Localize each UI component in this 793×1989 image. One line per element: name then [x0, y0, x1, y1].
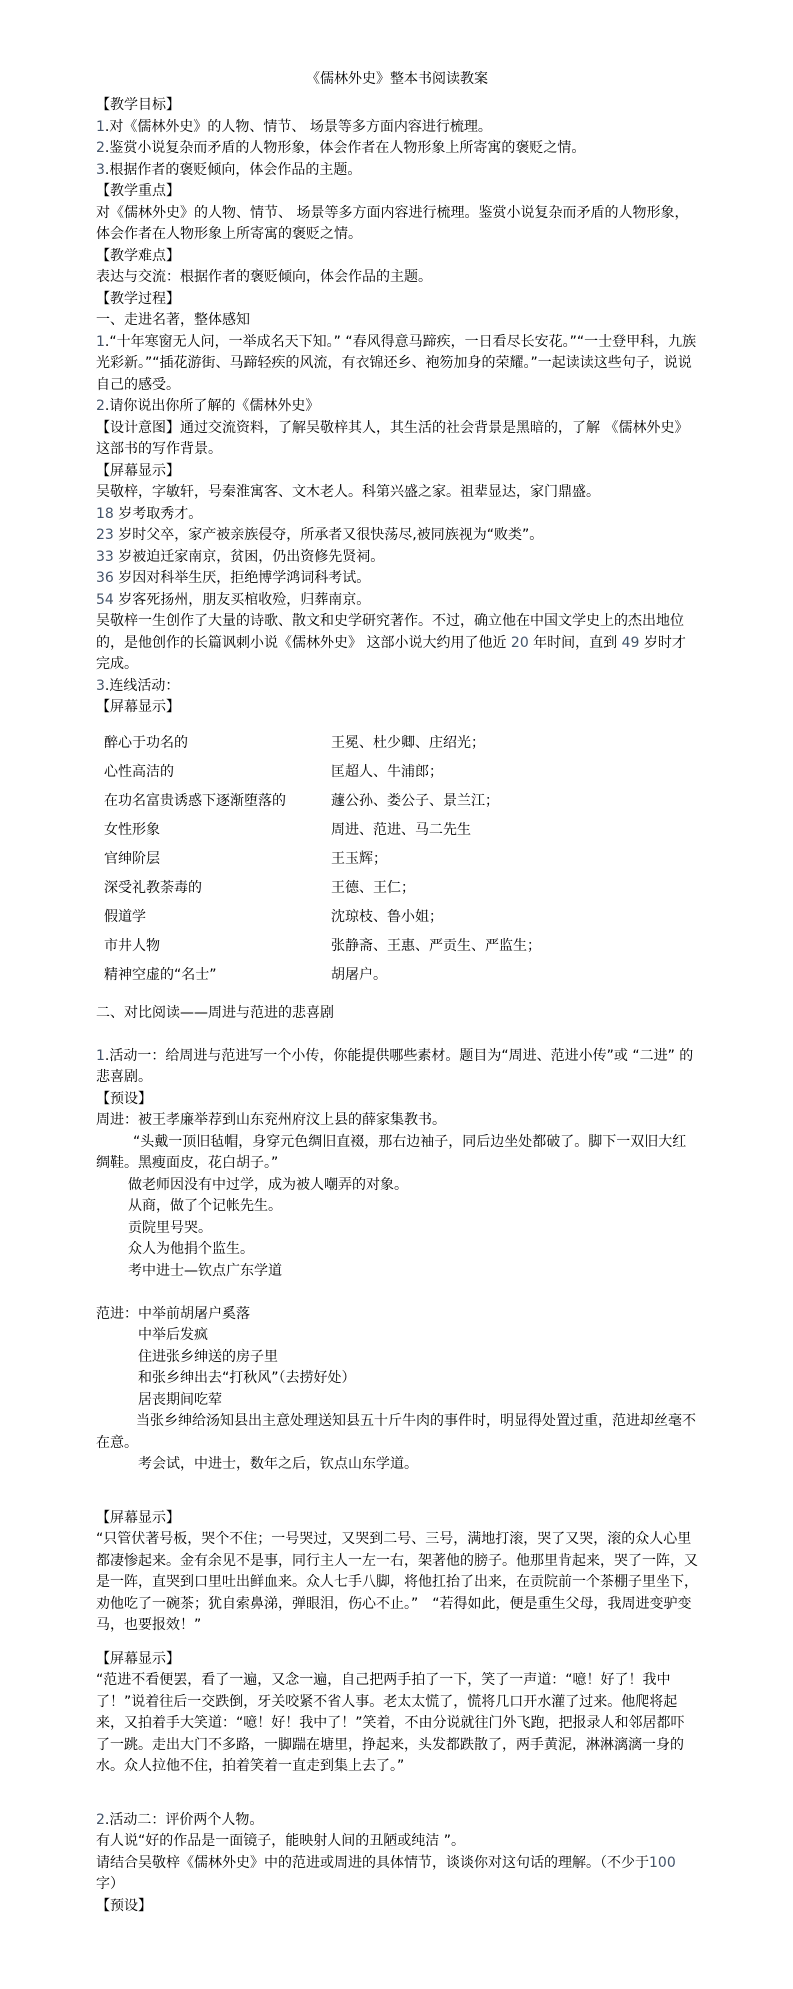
blank-gap	[96, 719, 698, 733]
goal-item-2: 2.鉴赏小说复杂而矛盾的人物形象，体会作者在人物形象上所寄寓的褒贬之情。	[96, 138, 698, 160]
heading-teaching-key-points: 【教学重点】	[96, 181, 698, 203]
zhoujin-intro: 周进：被王孝廉举荐到山东兖州府汶上县的薛家集教书。	[96, 1110, 698, 1132]
heading-teaching-process: 【教学过程】	[96, 289, 698, 311]
match-row: 在功名富贵诱惑下逐渐堕落的蘧公孙、娄公子、景兰江；	[96, 791, 698, 820]
fanjin-item: 当张乡绅给汤知县出主意处理送知县五十斤牛肉的事件时，明显得处置过重，范进却丝毫不…	[96, 1411, 698, 1454]
page-title: 《儒林外史》整本书阅读教案	[96, 69, 698, 91]
zhoujin-item: 从商，做了个记帐先生。	[96, 1196, 698, 1218]
heading-teaching-goals: 【教学目标】	[96, 95, 698, 117]
blank-gap	[96, 1024, 698, 1046]
number-text: 36	[96, 570, 114, 586]
match-row: 深受礼教荼毒的王德、王仁；	[96, 878, 698, 907]
blank-gap	[96, 1778, 698, 1810]
match-right-names: 张静斋、王惠、严贡生、严监生；	[331, 936, 698, 965]
match-left-label: 醉心于功名的	[104, 733, 331, 762]
blank-gap	[96, 1637, 698, 1649]
blank-gap	[96, 1476, 698, 1508]
heading-screen-display: 【屏幕显示】	[96, 697, 698, 719]
process-item-3: 3.连线活动：	[96, 676, 698, 698]
fanjin-item: 考会试，中进士，数年之后，钦点山东学道。	[96, 1454, 698, 1476]
number-text: 33	[96, 549, 114, 565]
goal-item-3: 3.根据作者的褒贬倾向，体会作品的主题。	[96, 160, 698, 182]
zhoujin-item: 考中进士—钦点广东学道	[96, 1261, 698, 1283]
section-two-heading: 二、对比阅读——周进与范进的悲喜剧	[96, 1003, 698, 1025]
match-left-label: 精神空虚的“名士”	[104, 965, 331, 994]
number-text: 2	[96, 140, 105, 156]
match-row: 官绅阶层王玉辉；	[96, 849, 698, 878]
document-page: 《儒林外史》整本书阅读教案【教学目标】1.对《儒林外史》的人物、情节、 场景等多…	[0, 0, 793, 1989]
match-row: 女性形象周进、范进、马二先生	[96, 820, 698, 849]
activity-1: 1.活动一：给周进与范进写一个小传，你能提供哪些素材。题目为“周进、范进小传”或…	[96, 1046, 698, 1089]
difficulties-text: 表达与交流：根据作者的褒贬倾向，体会作品的主题。	[96, 267, 698, 289]
match-left-label: 官绅阶层	[104, 849, 331, 878]
heading-preset: 【预设】	[96, 1896, 698, 1918]
author-age-36: 36 岁因对科举生厌，拒绝博学鸿词科考试。	[96, 568, 698, 590]
process-item-1: 1.“十年寒窗无人问，一举成名天下知。” “春风得意马蹄疾，一日看尽长安花。”“…	[96, 332, 698, 397]
match-right-names: 王冕、杜少卿、庄绍光；	[331, 733, 698, 762]
match-right-names: 沈琼枝、鲁小姐；	[331, 907, 698, 936]
fanjin-excerpt: “范进不看便罢，看了一遍，又念一遍，自己把两手拍了一下，笑了一声道：“噫！好了！…	[96, 1670, 698, 1778]
fanjin-item: 中举后发疯	[96, 1325, 698, 1347]
process-item-2: 2.请你说出你所了解的《儒林外史》	[96, 396, 698, 418]
match-left-label: 心性高洁的	[104, 762, 331, 791]
match-row: 假道学沈琼枝、鲁小姐；	[96, 907, 698, 936]
number-text: 2	[96, 398, 105, 414]
match-row: 精神空虚的“名士”胡屠户。	[96, 965, 698, 994]
match-right-names: 胡屠户。	[331, 965, 698, 994]
goal-item-1: 1.对《儒林外史》的人物、情节、 场景等多方面内容进行梳理。	[96, 117, 698, 139]
number-text: 1	[96, 334, 105, 350]
fanjin-intro: 范进：中举前胡屠户奚落	[96, 1304, 698, 1326]
heading-screen-display: 【屏幕显示】	[96, 461, 698, 483]
key-points-text: 对《儒林外史》的人物、情节、 场景等多方面内容进行梳理。鉴赏小说复杂而矛盾的人物…	[96, 203, 698, 246]
zhoujin-item: 贡院里号哭。	[96, 1218, 698, 1240]
heading-screen-display: 【屏幕显示】	[96, 1649, 698, 1671]
number-text: 54	[96, 592, 114, 608]
author-age-33: 33 岁被迫迁家南京，贫困，仍出资修先贤祠。	[96, 547, 698, 569]
number-text: 23	[96, 527, 114, 543]
match-left-label: 女性形象	[104, 820, 331, 849]
activity-2: 2.活动二：评价两个人物。	[96, 1810, 698, 1832]
fanjin-item: 和张乡绅出去“打秋风”（去捞好处）	[96, 1368, 698, 1390]
number-text: 3	[96, 162, 105, 178]
author-works: 吴敬梓一生创作了大量的诗歌、散文和史学研究著作。不过，确立他在中国文学史上的杰出…	[96, 611, 698, 676]
heading-teaching-difficulties: 【教学难点】	[96, 246, 698, 268]
match-right-names: 王德、王仁；	[331, 878, 698, 907]
match-row: 市井人物张静斋、王惠、严贡生、严监生；	[96, 936, 698, 965]
author-age-23: 23 岁时父卒，家产被亲族侵夺，所承者又很快荡尽,被同族视为“败类”。	[96, 525, 698, 547]
author-age-54: 54 岁客死扬州，朋友买棺收殓，归葬南京。	[96, 590, 698, 612]
section-one-heading: 一、走进名著，整体感知	[96, 310, 698, 332]
match-right-names: 周进、范进、马二先生	[331, 820, 698, 849]
number-text: 20	[511, 635, 529, 651]
heading-preset: 【预设】	[96, 1089, 698, 1111]
match-left-label: 假道学	[104, 907, 331, 936]
number-text: 1	[96, 1048, 105, 1064]
number-text: 18	[96, 506, 114, 522]
match-right-names: 匡超人、牛浦郎；	[331, 762, 698, 791]
zhoujin-excerpt: “只管伏著号板，哭个不住；一号哭过，又哭到二号、三号，满地打滚，哭了又哭，滚的众…	[96, 1529, 698, 1637]
activity-2-task: 请结合吴敬梓《儒林外史》中的范进或周进的具体情节，谈谈你对这句话的理解。（不少于…	[96, 1853, 698, 1896]
fanjin-item: 居丧期间吃荤	[96, 1390, 698, 1412]
match-left-label: 在功名富贵诱惑下逐渐堕落的	[104, 791, 331, 820]
document-content: 《儒林外史》整本书阅读教案【教学目标】1.对《儒林外史》的人物、情节、 场景等多…	[96, 69, 698, 1917]
match-left-label: 市井人物	[104, 936, 331, 965]
heading-screen-display: 【屏幕显示】	[96, 1508, 698, 1530]
zhoujin-item: 众人为他捐个监生。	[96, 1239, 698, 1261]
match-row: 心性高洁的匡超人、牛浦郎；	[96, 762, 698, 791]
blank-gap	[96, 994, 698, 1003]
number-text: 3	[96, 678, 105, 694]
author-age-18: 18 岁考取秀才。	[96, 504, 698, 526]
zhoujin-item: 做老师因没有中过学，成为被人嘲弄的对象。	[96, 1175, 698, 1197]
matching-table: 醉心于功名的王冕、杜少卿、庄绍光；心性高洁的匡超人、牛浦郎；在功名富贵诱惑下逐渐…	[96, 733, 698, 994]
number-text: 49	[622, 635, 640, 651]
author-intro: 吴敬梓，字敏轩，号秦淮寓客、文木老人。科第兴盛之家。祖辈显达，家门鼎盛。	[96, 482, 698, 504]
match-left-label: 深受礼教荼毒的	[104, 878, 331, 907]
fanjin-item: 住进张乡绅送的房子里	[96, 1347, 698, 1369]
match-row: 醉心于功名的王冕、杜少卿、庄绍光；	[96, 733, 698, 762]
activity-2-quote: 有人说“好的作品是一面镜子，能映射人间的丑陋或纯洁 ”。	[96, 1831, 698, 1853]
design-intent: 【设计意图】通过交流资料，了解吴敬梓其人，其生活的社会背景是黑暗的，了解 《儒林…	[96, 418, 698, 461]
number-text: 100	[649, 1855, 676, 1871]
number-text: 2	[96, 1812, 105, 1828]
zhoujin-quote: “头戴一顶旧毡帽，身穿元色绸旧直裰，那右边袖子，同后边坐处都破了。脚下一双旧大红…	[96, 1132, 698, 1175]
match-right-names: 王玉辉；	[331, 849, 698, 878]
blank-gap	[96, 1282, 698, 1304]
number-text: 1	[96, 119, 105, 135]
match-right-names: 蘧公孙、娄公子、景兰江；	[331, 791, 698, 820]
